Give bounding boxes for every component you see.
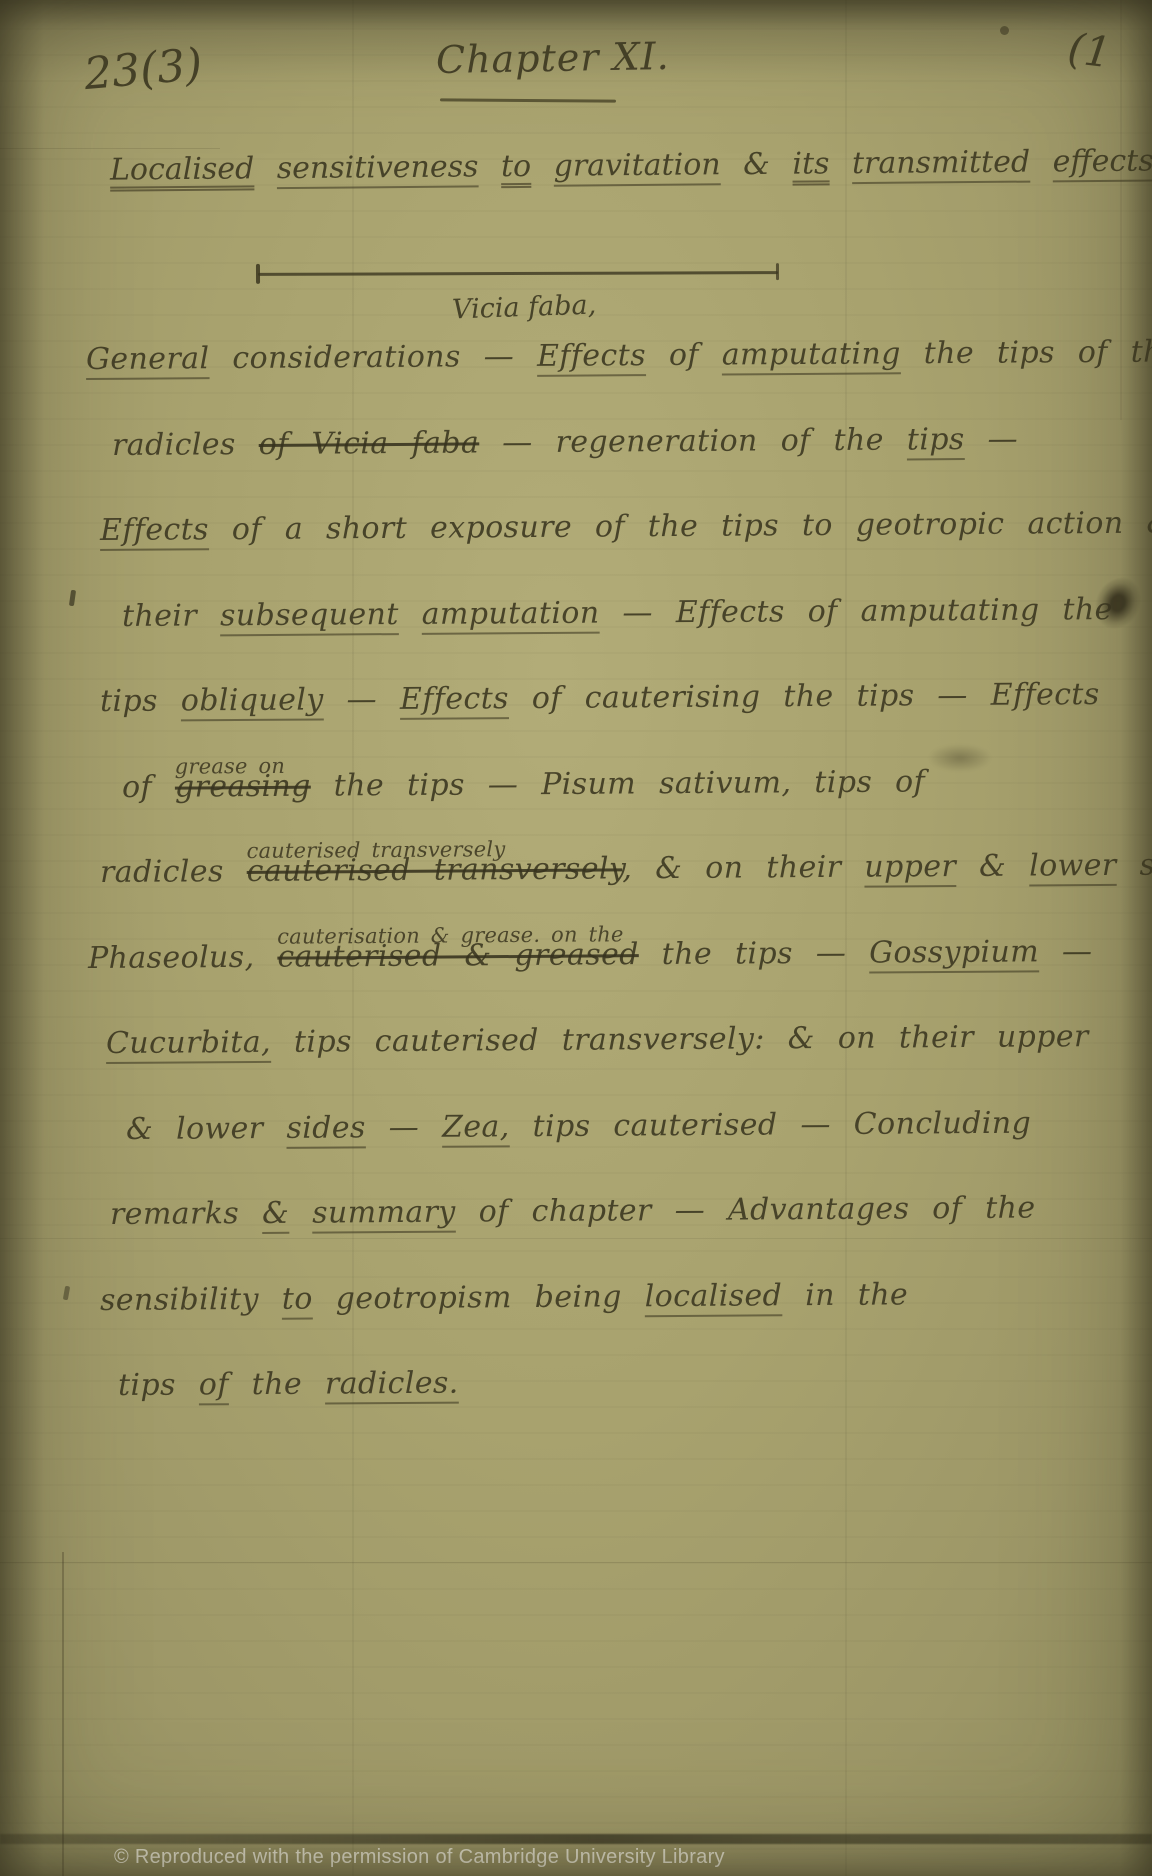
scan-edge-band bbox=[0, 1834, 1152, 1844]
manuscript-line: General considerations — Effects of ampu… bbox=[86, 334, 1152, 377]
handwritten-text: & bbox=[956, 849, 1029, 885]
handwritten-text: summary bbox=[312, 1195, 456, 1231]
manuscript-line: Cucurbita, tips cauterised transversely:… bbox=[106, 1019, 1089, 1061]
handwritten-text: — bbox=[1039, 933, 1093, 968]
interline-insertion: cauterisation & grease. on the bbox=[277, 922, 623, 948]
handwritten-text: Effects bbox=[400, 681, 509, 717]
ink-dot bbox=[1000, 26, 1009, 35]
handwritten-text: tips bbox=[118, 1367, 199, 1403]
handwritten-text: radicles bbox=[112, 426, 259, 462]
folio-number: 23(3) bbox=[82, 39, 204, 100]
handwritten-text: Phaseolus, bbox=[88, 939, 278, 975]
handwritten-text: transmitted bbox=[852, 145, 1030, 182]
manuscript-line: tips of the radicles. bbox=[118, 1366, 459, 1403]
title-line: Localised sensitiveness to gravitation &… bbox=[110, 143, 1152, 187]
handwritten-text: & bbox=[720, 147, 792, 183]
handwritten-text: Zea, bbox=[442, 1109, 510, 1144]
handwritten-text: the tips — bbox=[639, 935, 870, 972]
handwritten-text: Effects bbox=[100, 512, 209, 548]
handwritten-text: the tips of the bbox=[901, 334, 1152, 371]
handwritten-text: sensitiveness bbox=[277, 149, 479, 186]
handwritten-text: of cauterising the tips — Effects bbox=[509, 677, 1100, 716]
handwritten-text: Cucurbita, bbox=[106, 1025, 271, 1061]
handwritten-text: Localised bbox=[110, 151, 255, 187]
handwritten-text: lower bbox=[1029, 848, 1117, 884]
handwritten-text: tips cauterised — Concluding bbox=[510, 1105, 1032, 1144]
handwritten-text: radicles. bbox=[325, 1366, 459, 1402]
struck-text-with-insertion: grease ongreasing bbox=[175, 768, 311, 804]
handwritten-text: sides — bbox=[1116, 847, 1152, 883]
handwritten-text: tips bbox=[907, 422, 965, 457]
handwritten-text: — bbox=[324, 682, 401, 718]
interline-insert-vicia-faba: Vicia faba, bbox=[452, 289, 597, 325]
handwritten-text: gravitation bbox=[554, 147, 721, 183]
handwritten-text: obliquely bbox=[181, 682, 324, 718]
handwritten-text: effects. bbox=[1053, 143, 1152, 179]
section-divider-rule bbox=[258, 271, 778, 275]
interline-insertion: grease on bbox=[175, 753, 285, 778]
stray-mark bbox=[69, 590, 76, 607]
handwritten-text bbox=[289, 1196, 312, 1231]
handwritten-text: — bbox=[965, 421, 1019, 456]
handwritten-text: tips bbox=[100, 683, 181, 719]
scan-shadow-right bbox=[1120, 0, 1152, 1876]
handwritten-text: — regeneration of the bbox=[479, 422, 907, 460]
handwritten-text: of chapter — Advantages of the bbox=[456, 1191, 1036, 1230]
handwritten-text: — Effects of amputating the bbox=[599, 592, 1112, 631]
handwritten-text: of bbox=[199, 1367, 229, 1402]
handwritten-text bbox=[254, 151, 277, 186]
handwritten-text: in the bbox=[782, 1277, 908, 1313]
handwritten-text: to bbox=[282, 1281, 313, 1316]
handwritten-text: sensibility bbox=[100, 1281, 282, 1317]
corner-mark: (1 bbox=[1065, 24, 1114, 78]
handwritten-text: & bbox=[262, 1196, 289, 1231]
handwritten-text: radicles bbox=[100, 854, 247, 890]
handwritten-text: considerations — bbox=[209, 339, 537, 376]
handwritten-text: their bbox=[122, 598, 220, 634]
manuscript-line: of grease ongreasing the tips — Pisum sa… bbox=[122, 764, 925, 805]
handwritten-text: of bbox=[646, 338, 722, 374]
handwritten-text bbox=[1030, 144, 1053, 179]
handwritten-text: — bbox=[366, 1109, 443, 1145]
handwritten-text: to bbox=[501, 149, 531, 184]
manuscript-line: sensibility to geotropism being localise… bbox=[100, 1277, 908, 1318]
struck-text: of Vicia faba bbox=[259, 425, 480, 462]
struck-text-with-insertion: cauterised transverselycauterised transv… bbox=[247, 851, 623, 889]
handwritten-text bbox=[478, 149, 501, 184]
handwritten-text: of a short exposure of the tips to geotr… bbox=[209, 506, 1152, 548]
handwritten-text: upper bbox=[864, 849, 956, 885]
handwritten-text: General bbox=[86, 341, 210, 377]
handwritten-text: the tips — Pisum sativum, tips of bbox=[311, 764, 926, 803]
manuscript-line: Effects of a short exposure of the tips … bbox=[100, 506, 1152, 548]
interline-insertion: cauterised transversely bbox=[246, 837, 505, 863]
crease-line bbox=[0, 148, 220, 149]
manuscript-line: tips obliquely — Effects of cauterising … bbox=[100, 677, 1100, 719]
manuscript-line: remarks & summary of chapter — Advantage… bbox=[110, 1191, 1036, 1232]
manuscript-line: their subsequent amputation — Effects of… bbox=[122, 592, 1113, 634]
handwritten-text: , & on their bbox=[622, 850, 864, 887]
scan-shadow-left bbox=[0, 0, 44, 1876]
page-edge-line bbox=[62, 1552, 64, 1876]
chapter-heading: Chapter XI. bbox=[436, 34, 670, 82]
handwritten-text: sides bbox=[286, 1110, 366, 1146]
manuscript-line: radicles of Vicia faba — regeneration of… bbox=[112, 421, 1018, 462]
manuscript-line: Phaseolus, cauterisation & grease. on th… bbox=[88, 933, 1093, 975]
handwritten-text bbox=[829, 146, 852, 181]
handwritten-text: Effects bbox=[537, 338, 646, 374]
handwritten-text: remarks bbox=[110, 1196, 262, 1232]
chapter-heading-underline bbox=[440, 98, 616, 102]
handwritten-text: localised bbox=[645, 1278, 783, 1314]
struck-text-with-insertion: cauterisation & grease. on thecauterised… bbox=[277, 937, 639, 975]
handwritten-text: amputating bbox=[722, 336, 901, 372]
crease-line bbox=[0, 1238, 1152, 1239]
handwritten-text: subsequent bbox=[220, 597, 399, 633]
stray-mark bbox=[63, 1286, 70, 1301]
handwritten-text bbox=[399, 596, 422, 631]
handwritten-text bbox=[531, 149, 554, 184]
handwritten-text: tips cauterised transversely: & on their… bbox=[271, 1019, 1089, 1060]
handwritten-text: geotropism being bbox=[313, 1279, 645, 1316]
handwritten-text: Gossypium bbox=[869, 934, 1039, 970]
ink-smudge bbox=[928, 744, 992, 772]
handwritten-text: amputation bbox=[422, 595, 600, 631]
crease-line bbox=[0, 1562, 1152, 1563]
handwritten-text: its bbox=[792, 146, 829, 181]
manuscript-line: radicles cauterised transverselycauteris… bbox=[100, 847, 1152, 890]
handwritten-text: & lower bbox=[126, 1110, 287, 1146]
manuscript-scan: 23(3) Chapter XI. (1 Localised sensitive… bbox=[0, 0, 1152, 1876]
copyright-credit: © Reproduced with the permission of Camb… bbox=[114, 1846, 725, 1869]
manuscript-line: & lower sides — Zea, tips cauterised — C… bbox=[126, 1105, 1031, 1146]
handwritten-text: of bbox=[122, 769, 175, 804]
handwritten-text: the bbox=[229, 1367, 325, 1403]
